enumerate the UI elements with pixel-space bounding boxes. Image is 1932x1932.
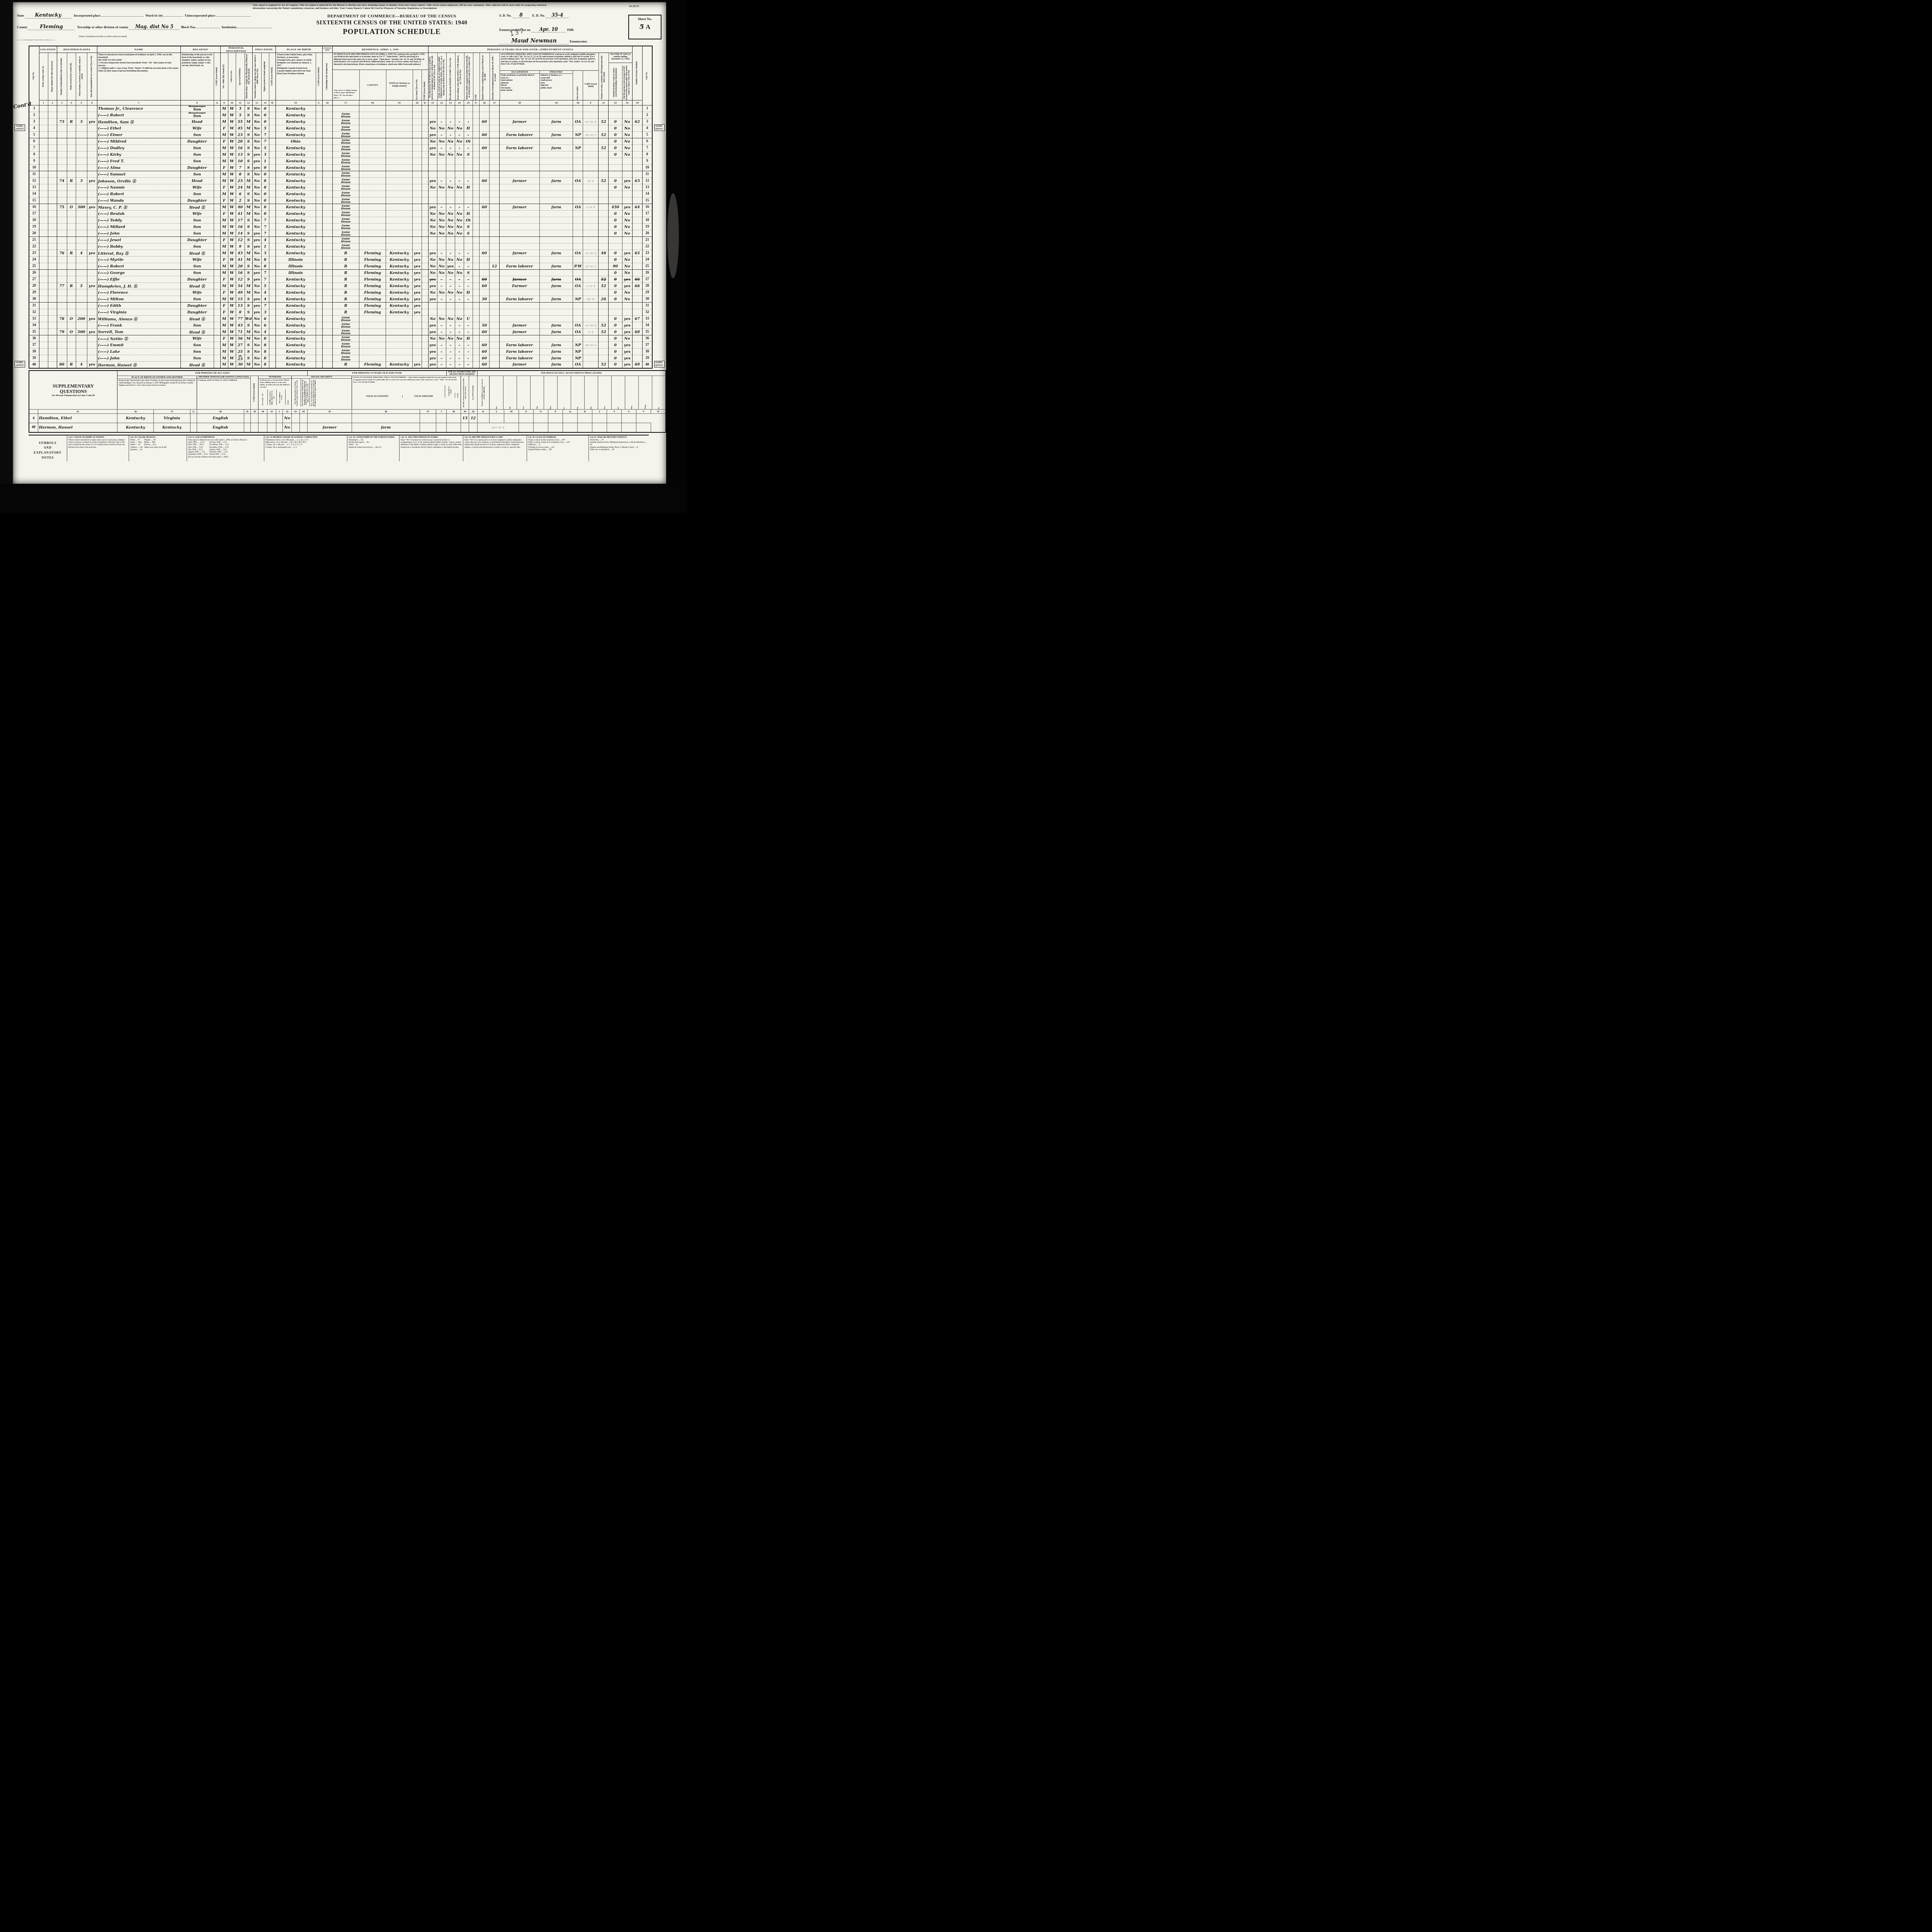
r5-lnR: 5	[642, 132, 652, 138]
r17-fm	[87, 211, 97, 217]
r4-r18	[359, 125, 386, 132]
r13-r19	[386, 184, 413, 191]
r15-ind	[540, 197, 573, 204]
r34-age: 43	[236, 322, 245, 329]
r36-hh	[57, 335, 67, 342]
r6-ind	[540, 138, 573, 145]
r17-gr: 8	[261, 211, 269, 217]
r37-sx: M	[220, 342, 228, 349]
r20-dur	[489, 230, 499, 237]
person-row-28: 2877R5yesHumphries, J. H. ⓍHead ⓍMW54MNo…	[29, 283, 652, 289]
r23-cr: W	[228, 250, 236, 257]
r8-cls	[573, 151, 583, 158]
sd-value: 8	[512, 12, 530, 18]
r22-ind	[540, 243, 573, 250]
r34-cD	[422, 322, 428, 329]
r36-sx: F	[220, 335, 228, 342]
group-location: LOCATION	[39, 46, 57, 53]
r6-r18	[359, 138, 386, 145]
r17-lnR: 17	[642, 211, 652, 217]
r10-hh	[57, 165, 67, 171]
r2-hrs	[479, 112, 489, 119]
r20-gr: 7	[261, 230, 269, 237]
col34-header: Number of Farm Schedule	[636, 61, 638, 85]
col16-note-text: Naturalized .... Na Having first papers …	[349, 439, 398, 449]
r13-cC	[316, 184, 322, 191]
r32-r19: Kentucky	[386, 309, 413, 316]
r31-cB	[269, 303, 276, 309]
r3-e0: yes	[428, 119, 437, 125]
r14-hh	[57, 191, 67, 197]
r33-e4: U	[464, 316, 473, 322]
r29-age: 49	[236, 289, 245, 296]
col14-header: Highest grade of school completed	[264, 61, 266, 91]
suppl-office-letter: Q	[563, 410, 578, 414]
r26-ln: 26	[29, 270, 39, 276]
r1-cls	[573, 105, 583, 112]
r3-cD	[422, 119, 428, 125]
r17-ten	[67, 211, 76, 217]
r32-cE	[473, 309, 479, 316]
r27-ind: farm	[540, 276, 573, 283]
suppl-office-letter: L	[489, 410, 504, 414]
r12-sx: M	[220, 178, 228, 184]
col-number: 16	[322, 100, 332, 105]
r26-e4: S	[464, 270, 473, 276]
r38-rel: Son	[180, 349, 214, 355]
col6-header: Does this household live on a farm? (Yes…	[91, 56, 93, 97]
r29-rel: Wife	[180, 289, 214, 296]
r5-age: 23	[236, 132, 245, 138]
r8-rel: Son	[180, 151, 214, 158]
r20-ln: 20	[29, 230, 39, 237]
r30-e2: –	[446, 296, 455, 303]
r35-hh: 79	[57, 329, 67, 335]
r13-sch: No	[252, 184, 261, 191]
r23-e2: –	[446, 250, 455, 257]
r9-cE	[473, 158, 479, 165]
r37-name: (——) Emmit	[97, 342, 180, 349]
r28-street	[39, 283, 48, 289]
r3-name: Hamilton, Sam Ⓧ	[97, 119, 180, 125]
r10-cA	[214, 165, 220, 171]
r27-cC	[316, 276, 322, 283]
r18-e4: Ot	[464, 217, 473, 224]
r33-e0: No	[428, 316, 437, 322]
r33-cA	[214, 316, 220, 322]
r19-oi: No	[622, 224, 632, 230]
col43-header: Were deductions for Federal Old-Age Insu…	[302, 379, 309, 406]
r20-cD	[422, 230, 428, 237]
r38-r17: SameHouse	[332, 349, 359, 355]
person-row-23: 2376R4yesLitteral, Ray ⓍHead ⓍMW43MNo3Ke…	[29, 250, 652, 257]
r26-cA	[214, 270, 220, 276]
r2-cls	[573, 112, 583, 119]
colI-header: CODE	[287, 400, 289, 405]
r35-bp: Kentucky	[276, 329, 316, 335]
r31-cr: W	[228, 303, 236, 309]
suppl-quest-badge-left-4: SUPPL. QUEST.	[15, 124, 25, 131]
office-col-header: Hrs.	[598, 376, 611, 409]
unincorporated-value	[216, 16, 251, 17]
r38-name: (——) Lake	[97, 349, 180, 355]
r5-e1: –	[437, 132, 446, 138]
r10-dur	[489, 165, 499, 171]
r35-dur	[489, 329, 499, 335]
person-row-19: 19(——) MillardSonMW16SNo7KentuckySameHou…	[29, 224, 652, 230]
r25-ms: S	[245, 263, 252, 270]
r20-cls	[573, 230, 583, 237]
r14-cA	[214, 191, 220, 197]
r7-cit	[322, 145, 332, 151]
r24-cls	[573, 257, 583, 263]
r22-e3	[455, 243, 464, 250]
r39-ms: S	[245, 355, 252, 362]
r39-r19	[386, 355, 413, 362]
suppl-col-number: 36	[117, 410, 154, 414]
r2-r17: SameHouse	[332, 112, 359, 119]
col-number: 10	[228, 100, 236, 105]
r19-r18	[359, 224, 386, 230]
band-14-and-over: FOR PERSONS 14 YEARS OLD AND OVER	[307, 371, 446, 376]
r7-ms: S	[245, 145, 252, 151]
r6-e0: No	[428, 138, 437, 145]
col12-header: Marital status—Single (S), Married (M), …	[246, 54, 251, 99]
r35-sx: M	[220, 329, 228, 335]
r3-fs: 62	[632, 119, 642, 125]
pob-group-note: If born in the United States, give State…	[117, 379, 197, 388]
r7-occ: Farm laborer	[499, 145, 539, 151]
r31-hh	[57, 303, 67, 309]
r31-gr: 7	[261, 303, 269, 309]
r13-val	[76, 184, 87, 191]
r16-oi: yes	[622, 204, 632, 211]
r29-house	[48, 289, 57, 296]
r24-occ	[499, 257, 539, 263]
r22-r18	[359, 243, 386, 250]
r22-e2	[446, 243, 455, 250]
r39-e2: –	[446, 355, 455, 362]
r5-ln: 5	[29, 132, 39, 138]
r36-r20	[413, 335, 422, 342]
r39-e0: yes	[428, 355, 437, 362]
gpo-imprint: U. S. GOVERNMENT PRINTING OFFICE 16—1	[17, 39, 55, 41]
r15-wk	[599, 197, 609, 204]
col44-header: If so, were deductions made from (1) all…	[311, 379, 316, 406]
r4-ln: 4	[29, 125, 39, 132]
r5-ind: farm	[540, 132, 573, 138]
r35-hrs: 60	[479, 329, 489, 335]
r37-fs	[632, 342, 642, 349]
r3-street	[39, 119, 48, 125]
r9-oi	[622, 158, 632, 165]
r6-wg: 0	[609, 138, 622, 145]
r6-cls	[573, 138, 583, 145]
r22-r19	[386, 243, 413, 250]
r26-rel: Son	[180, 270, 214, 276]
r34-cE	[473, 322, 479, 329]
r15-e3	[455, 197, 464, 204]
r4-cA	[214, 125, 220, 132]
r13-e1: No	[437, 184, 446, 191]
r24-name: (——) Myrtle	[97, 257, 180, 263]
r28-e3: –	[455, 283, 464, 289]
col41-header: War or military service	[279, 390, 283, 405]
r29-hh	[57, 289, 67, 296]
r10-e1	[437, 165, 446, 171]
r21-street	[39, 237, 48, 243]
r25-cE	[473, 263, 479, 270]
r25-house	[48, 263, 57, 270]
r14-cE	[473, 191, 479, 197]
r1-e1	[437, 105, 446, 112]
r1-house	[48, 105, 57, 112]
r23-cA	[214, 250, 220, 257]
r25-cr: W	[228, 263, 236, 270]
r16-bp: Kentucky	[276, 204, 316, 211]
r10-cE	[473, 165, 479, 171]
col-number: 27	[489, 100, 499, 105]
r34-cA	[214, 322, 220, 329]
r36-lnR: 36	[642, 335, 652, 342]
r20-rel: Son	[180, 230, 214, 237]
r22-cA	[214, 243, 220, 250]
r21-gr: 4	[261, 237, 269, 243]
employment-header-band: Was this person AT WORK for pay or profi…	[429, 53, 632, 100]
col21-note-box: Col. 21. WAS THIS PERSON AT WORK? Enter …	[400, 435, 463, 461]
col-number: 19	[386, 100, 413, 105]
r29-wg: 0	[609, 289, 622, 296]
r14-fs	[632, 191, 642, 197]
r7-cA	[214, 145, 220, 151]
r11-cls	[573, 171, 583, 178]
r22-gr: 1	[261, 243, 269, 250]
r39-e4: –	[464, 355, 473, 362]
r34-house	[48, 322, 57, 329]
r11-val	[76, 171, 87, 178]
r25-cit	[322, 263, 332, 270]
r12-cE	[473, 178, 479, 184]
col-number: 4	[67, 100, 76, 105]
r21-sx: F	[220, 237, 228, 243]
r6-e3: No	[455, 138, 464, 145]
r6-age: 20	[236, 138, 245, 145]
r22-fm	[87, 243, 97, 250]
r17-bp: Kentucky	[276, 211, 316, 217]
r28-ten: R	[67, 283, 76, 289]
r29-sx: F	[220, 289, 228, 296]
r2-lnR: 2	[642, 112, 652, 119]
r36-r19	[386, 335, 413, 342]
r27-cB	[269, 276, 276, 283]
r38-e4: –	[464, 349, 473, 355]
r19-cr: W	[228, 224, 236, 230]
r15-dur	[489, 197, 499, 204]
r4-rel: Wife	[180, 125, 214, 132]
r31-oi	[622, 303, 632, 309]
col5-note-title: Col. 5. VALUE OF HOME, IF OWNED:	[68, 436, 128, 439]
r38-lnR: 38	[642, 349, 652, 355]
r13-name: (——) Nannie	[97, 184, 180, 191]
suppl-col-number: 41	[267, 410, 276, 414]
r9-sx: M	[220, 158, 228, 165]
person-row-14: 14(——) RobertSonMW6SNo0KentuckySameHouse…	[29, 191, 652, 197]
r7-e4: –	[464, 145, 473, 151]
r19-r19	[386, 224, 413, 230]
r7-r17: SameHouse	[332, 145, 359, 151]
r8-hrs	[479, 151, 489, 158]
col14-note-box: Col. 14. HIGHEST GRADE OF SCHOOL COMPLET…	[264, 435, 347, 461]
r1-gr: 0	[261, 105, 269, 112]
r35-rel: Head Ⓧ	[180, 329, 214, 335]
r34-wk: 52	[599, 322, 609, 329]
r33-oi: yes	[622, 316, 632, 322]
r22-hh	[57, 243, 67, 250]
r25-sx: M	[220, 263, 228, 270]
r31-cit	[322, 303, 332, 309]
r34-r19	[386, 322, 413, 329]
r32-cD	[422, 309, 428, 316]
r23-house	[48, 250, 57, 257]
r31-rel: Daughter	[180, 303, 214, 309]
r23-e4: –	[464, 250, 473, 257]
r32-bp: Kentucky	[276, 309, 316, 316]
r19-e2: No	[446, 224, 455, 230]
r12-r19	[386, 178, 413, 184]
r29-e2: No	[446, 289, 455, 296]
r26-r19: Kentucky	[386, 270, 413, 276]
r34-cls: OA	[573, 322, 583, 329]
r26-fs	[632, 270, 642, 276]
r23-name: Litteral, Ray Ⓧ	[97, 250, 180, 257]
r37-age: 27	[236, 342, 245, 349]
township-label: Township or other division of county	[77, 25, 128, 29]
r32-hh	[57, 309, 67, 316]
r17-occ	[499, 211, 539, 217]
r35-e0: yes	[428, 329, 437, 335]
r37-hrs: 60	[479, 342, 489, 349]
r31-fm	[87, 303, 97, 309]
sheet-header: Your report is required by Act of Congre…	[13, 2, 666, 46]
suppl-mother-40: Kentucky	[154, 423, 190, 432]
r9-ten	[67, 158, 76, 165]
r13-sx: F	[220, 184, 228, 191]
r16-e2: –	[446, 204, 455, 211]
r31-dur	[489, 303, 499, 309]
r11-e0	[428, 171, 437, 178]
r36-r17: SameHouse	[332, 335, 359, 342]
tongue-group-title: MOTHER TONGUE (OR NATIVE LANGUAGE)	[197, 376, 250, 379]
r38-r18	[359, 349, 386, 355]
r8-ten	[67, 151, 76, 158]
r38-cE	[473, 349, 479, 355]
r21-r19	[386, 237, 413, 243]
r14-r18	[359, 191, 386, 197]
r20-fc	[583, 230, 599, 237]
r25-dur: 12	[489, 263, 499, 270]
colD-header: CODE (Leave blank)	[424, 82, 426, 100]
r10-fc	[583, 165, 599, 171]
r32-ln: 32	[29, 309, 39, 316]
col46-header: USUAL INDUSTRY	[414, 395, 433, 398]
r6-e1: No	[437, 138, 446, 145]
r27-cD	[422, 276, 428, 283]
r16-e0: yes	[428, 204, 437, 211]
r12-ms: M	[245, 178, 252, 184]
r19-hh	[57, 224, 67, 230]
r20-r18	[359, 230, 386, 237]
col-number: 20	[413, 100, 422, 105]
r12-bp: Kentucky	[276, 178, 316, 184]
r33-ln: 33	[29, 316, 39, 322]
r5-cA	[214, 132, 220, 138]
r13-cE	[473, 184, 479, 191]
scan-left-edge	[0, 0, 13, 513]
r2-age: 5	[236, 112, 245, 119]
r4-cB	[269, 125, 276, 132]
r21-ms: S	[245, 237, 252, 243]
r20-ms: S	[245, 230, 252, 237]
r29-e0: No	[428, 289, 437, 296]
person-row-5: 5(——) ElmerSonMW23SNo7KentuckySameHousey…	[29, 132, 652, 138]
ward-label: Ward of city	[145, 14, 163, 17]
r31-cC	[316, 303, 322, 309]
r36-e0: No	[428, 335, 437, 342]
suppl-office-letter: M	[504, 410, 519, 414]
r2-e3	[455, 112, 464, 119]
r22-val	[76, 243, 87, 250]
r2-house	[48, 112, 57, 119]
r21-e2	[446, 237, 455, 243]
r3-bp: Kentucky	[276, 119, 316, 125]
r30-ind: farm	[540, 296, 573, 303]
r11-ind	[540, 171, 573, 178]
r33-e3: No	[455, 316, 464, 322]
col40-header: If child, is veteran-father dead? (Yes o…	[269, 390, 275, 405]
r36-fm	[87, 335, 97, 342]
r23-cit	[322, 250, 332, 257]
r19-dur	[489, 224, 499, 230]
r36-rel: Wife	[180, 335, 214, 342]
r18-e3: No	[455, 217, 464, 224]
r13-rel: Wife	[180, 184, 214, 191]
r23-e3: –	[455, 250, 464, 257]
r36-fs	[632, 335, 642, 342]
r20-r19	[386, 230, 413, 237]
r39-fm	[87, 355, 97, 362]
person-row-3: 373R3yesHamilton, Sam ⓍHeadMW55MNo0Kentu…	[29, 119, 652, 125]
col-number: 17	[332, 100, 359, 105]
r7-house	[48, 145, 57, 151]
r30-fc: 88 W	[583, 296, 599, 303]
r16-cB	[269, 204, 276, 211]
r14-e2	[446, 191, 455, 197]
col11-list-b: October 1939 .... 5/12 November 1939 ...…	[209, 441, 229, 456]
r31-r20: yes	[413, 303, 422, 309]
r18-cls	[573, 217, 583, 224]
col-number: 5	[76, 100, 87, 105]
r35-wk: 52	[599, 329, 609, 335]
r20-fs	[632, 230, 642, 237]
r26-e1: No	[437, 270, 446, 276]
r5-gr: 7	[261, 132, 269, 138]
r40-r17: R	[332, 362, 359, 368]
r10-ten	[67, 165, 76, 171]
r36-e4: H	[464, 335, 473, 342]
r1-e0	[428, 105, 437, 112]
r1-r20	[413, 105, 422, 112]
r1-fm	[87, 105, 97, 112]
